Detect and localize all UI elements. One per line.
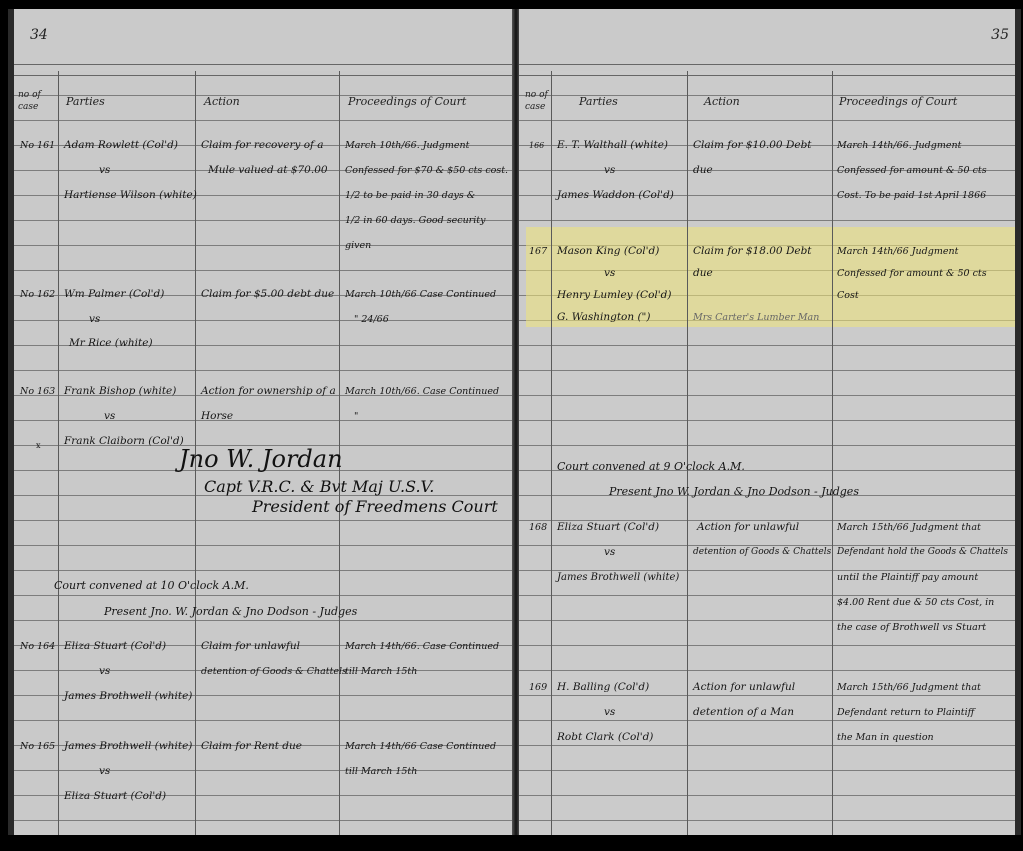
proceedings-line: Cost. To be paid 1st April 1866 xyxy=(837,183,986,208)
session-line: Present Jno. W. Jordan & Jno Dodson - Ju… xyxy=(104,599,357,624)
column-header-parties: Parties xyxy=(66,95,105,108)
action-line: detention of a Man xyxy=(693,700,794,725)
page-number: 34 xyxy=(30,27,48,43)
column-header-proceedings: Proceedings of Court xyxy=(839,95,957,108)
proceedings-line: 1/2 to be paid in 30 days & xyxy=(345,183,475,208)
action-line: Claim for unlawful xyxy=(201,634,300,659)
divider xyxy=(14,64,520,65)
plaintiff: E. T. Walthall (white) xyxy=(557,133,668,158)
versus: vs xyxy=(604,540,615,565)
proceedings-line: " 24/66 xyxy=(354,307,389,332)
session-line: Present Jno W. Jordan & Jno Dodson - Jud… xyxy=(609,479,859,504)
page-number: 35 xyxy=(991,27,1009,43)
session-line: Court convened at 10 O'clock A.M. xyxy=(54,573,249,598)
versus: vs xyxy=(99,158,110,183)
versus: vs xyxy=(99,759,110,784)
action-line: detention of Goods & Chattels xyxy=(693,540,831,565)
session-line: Court convened at 9 O'clock A.M. xyxy=(557,454,745,479)
action-line: due xyxy=(693,261,713,286)
column-header-case-no: no of case xyxy=(18,89,56,113)
column-divider xyxy=(832,71,833,835)
column-divider xyxy=(58,71,59,835)
proceedings-line: $4.00 Rent due & 50 cts Cost, in xyxy=(837,590,994,615)
defendant: Frank Claiborn (Col'd) xyxy=(64,429,184,454)
proceedings-line: Defendant hold the Goods & Chattels xyxy=(837,540,1008,565)
case-number: 166 xyxy=(529,133,544,158)
case-number: 167 xyxy=(529,239,547,264)
case-number: No 161 xyxy=(20,133,55,158)
signature-name: Jno W. Jordan xyxy=(179,445,343,473)
plaintiff: Wm Palmer (Col'd) xyxy=(64,282,164,307)
proceedings-line: Confessed for amount & 50 cts xyxy=(837,158,987,183)
action-line: Claim for recovery of a xyxy=(201,133,324,158)
proceedings-line: until the Plaintiff pay amount xyxy=(837,565,978,590)
action-line: Claim for Rent due xyxy=(201,734,302,759)
action-line: Mule valued at $70.00 xyxy=(208,158,328,183)
case-number: No 164 xyxy=(20,634,55,659)
action-line: detention of Goods & Chattels xyxy=(201,659,347,684)
action-line: Action for unlawful xyxy=(697,515,799,540)
proceedings-line: March 14th/66. Case Continued xyxy=(345,634,499,659)
proceedings-line: March 10th/66. Judgment xyxy=(345,133,469,158)
plaintiff: Eliza Stuart (Col'd) xyxy=(557,515,659,540)
defendant: Robt Clark (Col'd) xyxy=(557,725,653,750)
right-page: 35 no of case Parties Action Proceedings… xyxy=(519,9,1021,835)
case-number: No 163 xyxy=(20,379,55,404)
case-number: No 165 xyxy=(20,734,55,759)
defendant: Mr Rice (white) xyxy=(69,331,153,356)
divider xyxy=(519,64,1015,65)
action-line: Action for ownership of a xyxy=(201,379,336,404)
proceedings-line: March 15th/66 Judgment that xyxy=(837,515,981,540)
divider xyxy=(519,75,1015,76)
column-header-proceedings: Proceedings of Court xyxy=(348,95,466,108)
defendant-2: G. Washington (") xyxy=(557,305,651,330)
plaintiff: Adam Rowlett (Col'd) xyxy=(64,133,178,158)
versus: vs xyxy=(604,700,615,725)
proceedings-line: March 15th/66 Judgment that xyxy=(837,675,981,700)
versus: vs xyxy=(104,404,115,429)
divider xyxy=(14,75,520,76)
proceedings-line: till March 15th xyxy=(345,759,417,784)
action-note: Mrs Carter's Lumber Man xyxy=(693,305,819,330)
proceedings-line: Confessed for $70 & $50 cts cost. xyxy=(345,158,508,183)
column-header-case-no: no of case xyxy=(525,89,551,113)
plaintiff: Eliza Stuart (Col'd) xyxy=(64,634,166,659)
signature-title: Capt V.R.C. & Bvt Maj U.S.V. xyxy=(204,477,434,496)
proceedings-line: March 10th/66 Case Continued xyxy=(345,282,496,307)
proceedings-line: the case of Brothwell vs Stuart xyxy=(837,615,986,640)
proceedings-line: March 10th/66. Case Continued xyxy=(345,379,499,404)
plaintiff: James Brothwell (white) xyxy=(64,734,192,759)
action-line: Claim for $10.00 Debt xyxy=(693,133,812,158)
proceedings-line: " xyxy=(354,404,358,429)
versus: vs xyxy=(604,158,615,183)
left-page: 34 no of case Parties Action Proceedings… xyxy=(8,9,520,835)
action-line: Action for unlawful xyxy=(693,675,795,700)
page-top-margin xyxy=(519,9,1015,71)
margin-mark: x xyxy=(36,433,41,458)
defendant: James Brothwell (white) xyxy=(557,565,679,590)
proceedings-line: till March 15th xyxy=(345,659,417,684)
proceedings-line: given xyxy=(345,233,371,258)
proceedings-line: 1/2 in 60 days. Good security xyxy=(345,208,485,233)
versus: vs xyxy=(99,659,110,684)
action-line: Horse xyxy=(201,404,233,429)
column-divider xyxy=(551,71,552,835)
column-header-action: Action xyxy=(704,95,740,108)
column-header-action: Action xyxy=(204,95,240,108)
case-number: 168 xyxy=(529,515,547,540)
defendant: Eliza Stuart (Col'd) xyxy=(64,784,166,809)
action-line: Claim for $5.00 debt due xyxy=(201,282,334,307)
versus: vs xyxy=(89,307,100,332)
plaintiff: Frank Bishop (white) xyxy=(64,379,176,404)
case-number: No 162 xyxy=(20,282,55,307)
plaintiff: H. Balling (Col'd) xyxy=(557,675,649,700)
defendant: James Brothwell (white) xyxy=(64,684,192,709)
action-line: due xyxy=(693,158,713,183)
proceedings-line: the Man in question xyxy=(837,725,934,750)
column-divider xyxy=(687,71,688,835)
defendant: Hartiense Wilson (white) xyxy=(64,183,197,208)
proceedings-line: Defendant return to Plaintiff xyxy=(837,700,974,725)
signature-title: President of Freedmens Court xyxy=(252,497,498,516)
proceedings-line: March 14th/66 Case Continued xyxy=(345,734,496,759)
defendant: James Waddon (Col'd) xyxy=(557,183,674,208)
case-number: 169 xyxy=(529,675,547,700)
proceedings-line: Confessed for amount & 50 cts xyxy=(837,261,987,286)
column-header-parties: Parties xyxy=(579,95,618,108)
page-top-margin xyxy=(14,9,520,71)
proceedings-line: Cost xyxy=(837,283,859,308)
proceedings-line: March 14th/66. Judgment xyxy=(837,133,961,158)
